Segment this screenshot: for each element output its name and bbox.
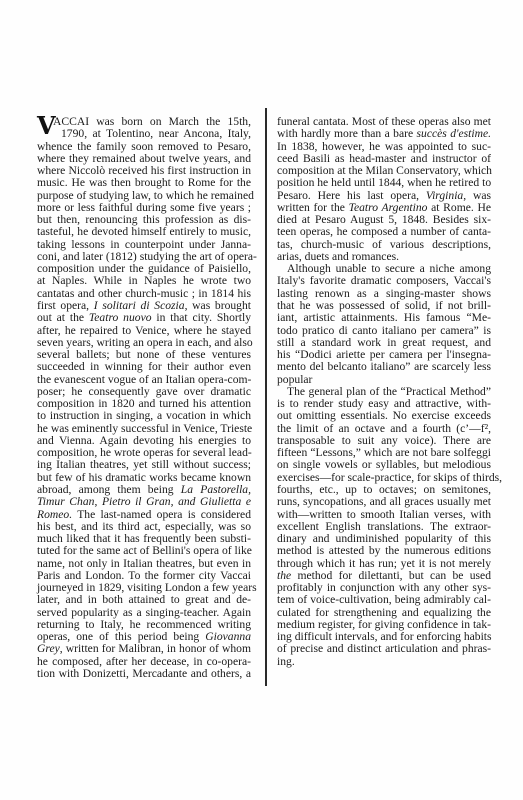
text-line: Italy's favorite dramatic composers, Vac…	[277, 275, 491, 287]
italic-title: Timur Chan	[37, 495, 94, 508]
text-line: to instruction in singing, a vocation in…	[37, 410, 251, 422]
italic-title: La Pastorella,	[181, 483, 251, 496]
italic-title: Romeo.	[37, 508, 72, 521]
text-line: of precise and distinct articulation and…	[277, 643, 491, 655]
italic-title: Virginia	[426, 189, 463, 202]
italic-title: Teatro Argentino	[349, 201, 428, 214]
left-text-column: ACCAI was born on March the 15th,1790, a…	[37, 116, 251, 680]
text-line: after, he repaired to Venice, where he s…	[37, 325, 251, 337]
right-text-column: funeral cantata. Most of these operas al…	[277, 116, 491, 668]
text-line: Romeo. The last-named opera is considere…	[37, 509, 251, 521]
text-line: todo pratico di canto italiano per camer…	[277, 325, 491, 337]
text-line: whence the family soon removed to Pesaro…	[37, 141, 251, 153]
text-line: at Naples. While in Naples he wrote two	[37, 275, 251, 287]
text-line: iant, artistic attainments. His famous “…	[277, 312, 491, 324]
italic-title: the	[277, 569, 291, 582]
text-line: on single vowels or syllables, but melod…	[277, 459, 491, 471]
text-line: tasteful, he devoted himself entirely to…	[37, 226, 251, 238]
text-line: teen operas, he composed a number of can…	[277, 226, 491, 238]
text-line: tuted for the same act of Bellini's oper…	[37, 545, 251, 557]
text-line: succeeded in winning for their author ev…	[37, 361, 251, 373]
text-line: runs, syncopations, and all graces usual…	[277, 496, 491, 508]
text-line: the evanescent vogue of an Italian opera…	[37, 374, 251, 386]
text-line: mento del belcanto italiano” are scarcel…	[277, 361, 491, 373]
document-page: V ACCAI was born on March the 15th,1790,…	[0, 0, 523, 800]
text-line: with hardly more than a bare succès d'es…	[277, 128, 491, 140]
text-line: with—written to smooth Italian verses, w…	[277, 509, 491, 521]
text-line: popular	[277, 374, 491, 386]
text-line: 1790, at Tolentino, near Ancona, Italy,	[37, 128, 251, 140]
text-line: out omitting essentials. No exercise exc…	[277, 410, 491, 422]
text-line: Grey, written for Malibran, in honor of …	[37, 643, 251, 655]
text-line: ing Italian theatres, yet still without …	[37, 459, 251, 471]
text-line: tion with Donizetti, Mercadante and othe…	[37, 668, 251, 680]
italic-title: Grey	[37, 642, 60, 655]
text-line: out at the Teatro nuovo in that city. Sh…	[37, 312, 251, 324]
text-line: tem of voice-cultivation, being admirabl…	[277, 594, 491, 606]
italic-title: succès d'estime.	[417, 127, 491, 140]
text-line: name, not only in Italian theatres, but …	[37, 558, 251, 570]
text-line: later, and in both attained to great and…	[37, 594, 251, 606]
italic-title: Pietro il Gran, and Giulietta e	[102, 495, 251, 508]
text-line: method is attested by the numerous editi…	[277, 545, 491, 557]
text-line: music. He was then brought to Rome for t…	[37, 177, 251, 189]
italic-title: Teatro nuovo	[89, 311, 152, 324]
text-line: ing.	[277, 656, 491, 668]
italic-title: I solitari di Scozia	[94, 299, 185, 312]
text-line: In 1838, however, he was appointed to su…	[277, 141, 491, 153]
column-divider-rule	[265, 108, 267, 686]
italic-title: Giovanna	[205, 630, 251, 643]
text-line: through which it has run; yet it is not …	[277, 558, 491, 570]
